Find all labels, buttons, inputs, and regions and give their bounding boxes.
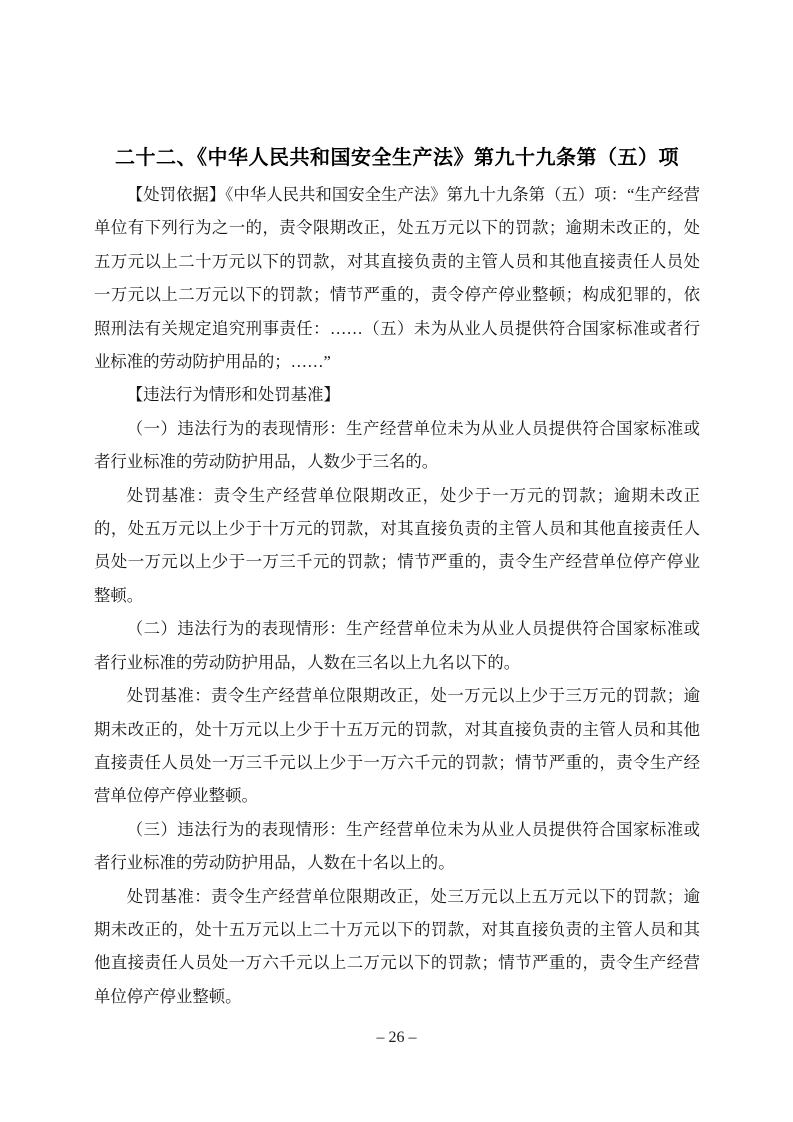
paragraph-violation-case-1: （一）违法行为的表现情形：生产经营单位未为从业人员提供符合国家标准或者行业标准的… [94,412,700,479]
paragraph-penalty-standard-1: 处罚基准：责令生产经营单位限期改正，处少于一万元的罚款；逾期未改正的，处五万元以… [94,479,700,613]
paragraph-violation-case-3: （三）违法行为的表现情形：生产经营单位未为从业人员提供符合国家标准或者行业标准的… [94,813,700,880]
paragraph-penalty-basis: 【处罚依据】《中华人民共和国安全生产法》第九十九条第（五）项：“生产经营单位有下… [94,178,700,378]
paragraph-penalty-standard-2: 处罚基准：责令生产经营单位限期改正，处一万元以上少于三万元的罚款；逾期未改正的，… [94,679,700,813]
document-page: 二十二、《中华人民共和国安全生产法》第九十九条第（五）项 【处罚依据】《中华人民… [0,0,793,1122]
paragraph-violation-case-2: （二）违法行为的表现情形：生产经营单位未为从业人员提供符合国家标准或者行业标准的… [94,612,700,679]
page-title: 二十二、《中华人民共和国安全生产法》第九十九条第（五）项 [94,143,700,173]
page-number: – 26 – [0,1027,793,1049]
section-heading-violation-and-penalty-standards: 【违法行为情形和处罚基准】 [94,378,700,411]
paragraph-penalty-standard-3: 处罚基准：责令生产经营单位限期改正，处三万元以上五万元以下的罚款；逾期未改正的，… [94,880,700,1014]
document-body: 二十二、《中华人民共和国安全生产法》第九十九条第（五）项 【处罚依据】《中华人民… [94,143,700,1013]
